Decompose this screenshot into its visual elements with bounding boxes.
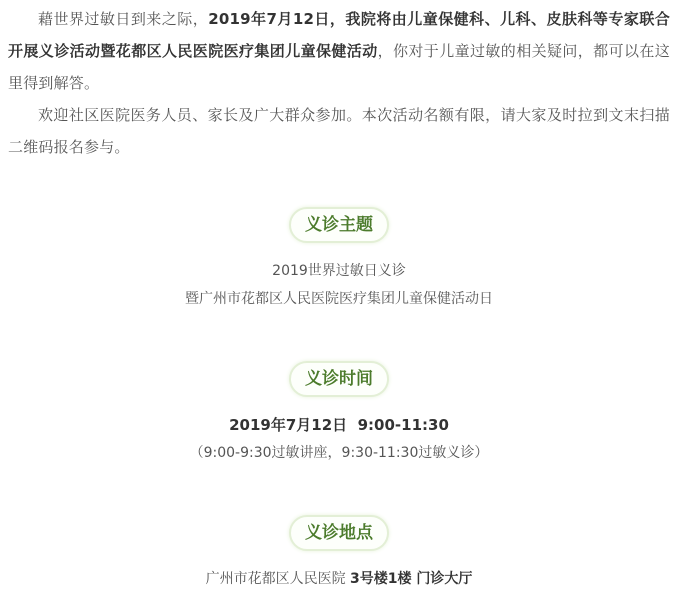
theme-line-1: 2019世界过敏日义诊 (0, 261, 678, 281)
location-regular: 广州市花都区人民医院 (206, 571, 350, 587)
intro-lead: 藉世界过敏日到来之际， (38, 10, 208, 28)
location-section-header: 义诊地点 (0, 515, 678, 551)
location-line-1: 广州市花都区人民医院 3号楼1楼 门诊大厅 (0, 569, 678, 589)
location-badge: 义诊地点 (289, 515, 389, 551)
theme-badge: 义诊主题 (289, 207, 389, 243)
intro-paragraph-2: 欢迎社区医院医务人员、家长及广大群众参加。本次活动名额有限，请大家及时拉到文末扫… (8, 99, 670, 163)
time-line-2: （9:00-9:30过敏讲座，9:30-11:30过敏义诊） (0, 443, 678, 463)
time-section-header: 义诊时间 (0, 361, 678, 397)
intro-paragraph-1: 藉世界过敏日到来之际，2019年7月12日，我院将由儿童保健科、儿科、皮肤科等专… (8, 3, 670, 99)
theme-line-2: 暨广州市花都区人民医院医疗集团儿童保健活动日 (0, 289, 678, 309)
theme-section-header: 义诊主题 (0, 207, 678, 243)
time-line-1: 2019年7月12日 9:00-11:30 (0, 415, 678, 435)
location-bold: 3号楼1楼 门诊大厅 (350, 571, 472, 587)
time-badge: 义诊时间 (289, 361, 389, 397)
